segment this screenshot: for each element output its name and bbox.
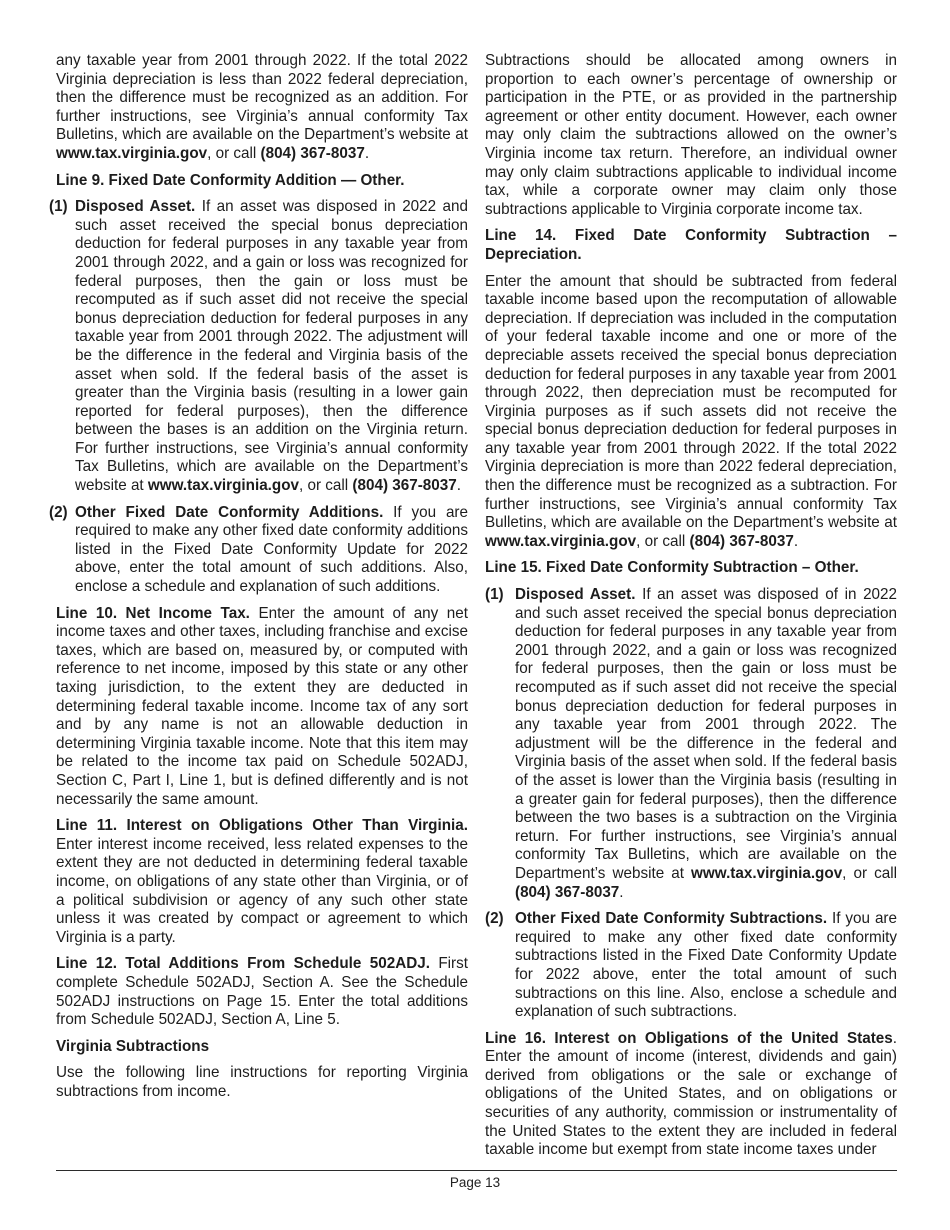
paragraph-line-12-total-additions: Line 12. Total Additions From Schedule 5… xyxy=(56,955,468,1029)
heading-virginia-subtractions: Virginia Subtractions xyxy=(56,1038,468,1057)
paragraph-line-16-us-obligations: Line 16. Interest on Obligations of the … xyxy=(485,1030,897,1160)
list-item-other-subtractions: (2) Other Fixed Date Conformity Subtract… xyxy=(485,910,897,1022)
list-item-text: Other Fixed Date Conformity Additions. I… xyxy=(75,504,468,595)
paragraph-line-14-depreciation: Enter the amount that should be subtract… xyxy=(485,273,897,552)
heading-line-15: Line 15. Fixed Date Conformity Subtracti… xyxy=(485,559,897,578)
paragraph-line-10-net-income-tax: Line 10. Net Income Tax. Enter the amoun… xyxy=(56,605,468,810)
paragraph-subtractions-allocation: Subtractions should be allocated among o… xyxy=(485,52,897,219)
list-item-number: (1) xyxy=(485,586,504,605)
left-column: any taxable year from 2001 through 2022.… xyxy=(56,52,468,1168)
list-item-disposed-asset-addition: (1) Disposed Asset. If an asset was disp… xyxy=(56,198,468,496)
list-item-text: Disposed Asset. If an asset was disposed… xyxy=(515,586,897,901)
list-item-number: (1) xyxy=(49,198,68,217)
list-item-other-additions: (2) Other Fixed Date Conformity Addition… xyxy=(56,504,468,597)
list-item-text: Other Fixed Date Conformity Subtractions… xyxy=(515,910,897,1020)
footer-divider xyxy=(56,1170,897,1171)
list-item-text: Disposed Asset. If an asset was disposed… xyxy=(75,198,468,494)
paragraph-line-11-interest-obligations: Line 11. Interest on Obligations Other T… xyxy=(56,817,468,947)
document-page: any taxable year from 2001 through 2022.… xyxy=(0,0,950,1230)
heading-line-9: Line 9. Fixed Date Conformity Addition —… xyxy=(56,172,468,191)
right-column: Subtractions should be allocated among o… xyxy=(485,52,897,1168)
paragraph-subtractions-intro: Use the following line instructions for … xyxy=(56,1064,468,1101)
two-column-text-area: any taxable year from 2001 through 2022.… xyxy=(56,52,897,1168)
list-item-disposed-asset-subtraction: (1) Disposed Asset. If an asset was disp… xyxy=(485,586,897,902)
footer-page-number: Page 13 xyxy=(0,1175,950,1191)
paragraph-depreciation-addition-continued: any taxable year from 2001 through 2022.… xyxy=(56,52,468,164)
list-item-number: (2) xyxy=(49,504,68,523)
heading-line-14: Line 14. Fixed Date Conformity Subtracti… xyxy=(485,227,897,264)
list-item-number: (2) xyxy=(485,910,504,929)
